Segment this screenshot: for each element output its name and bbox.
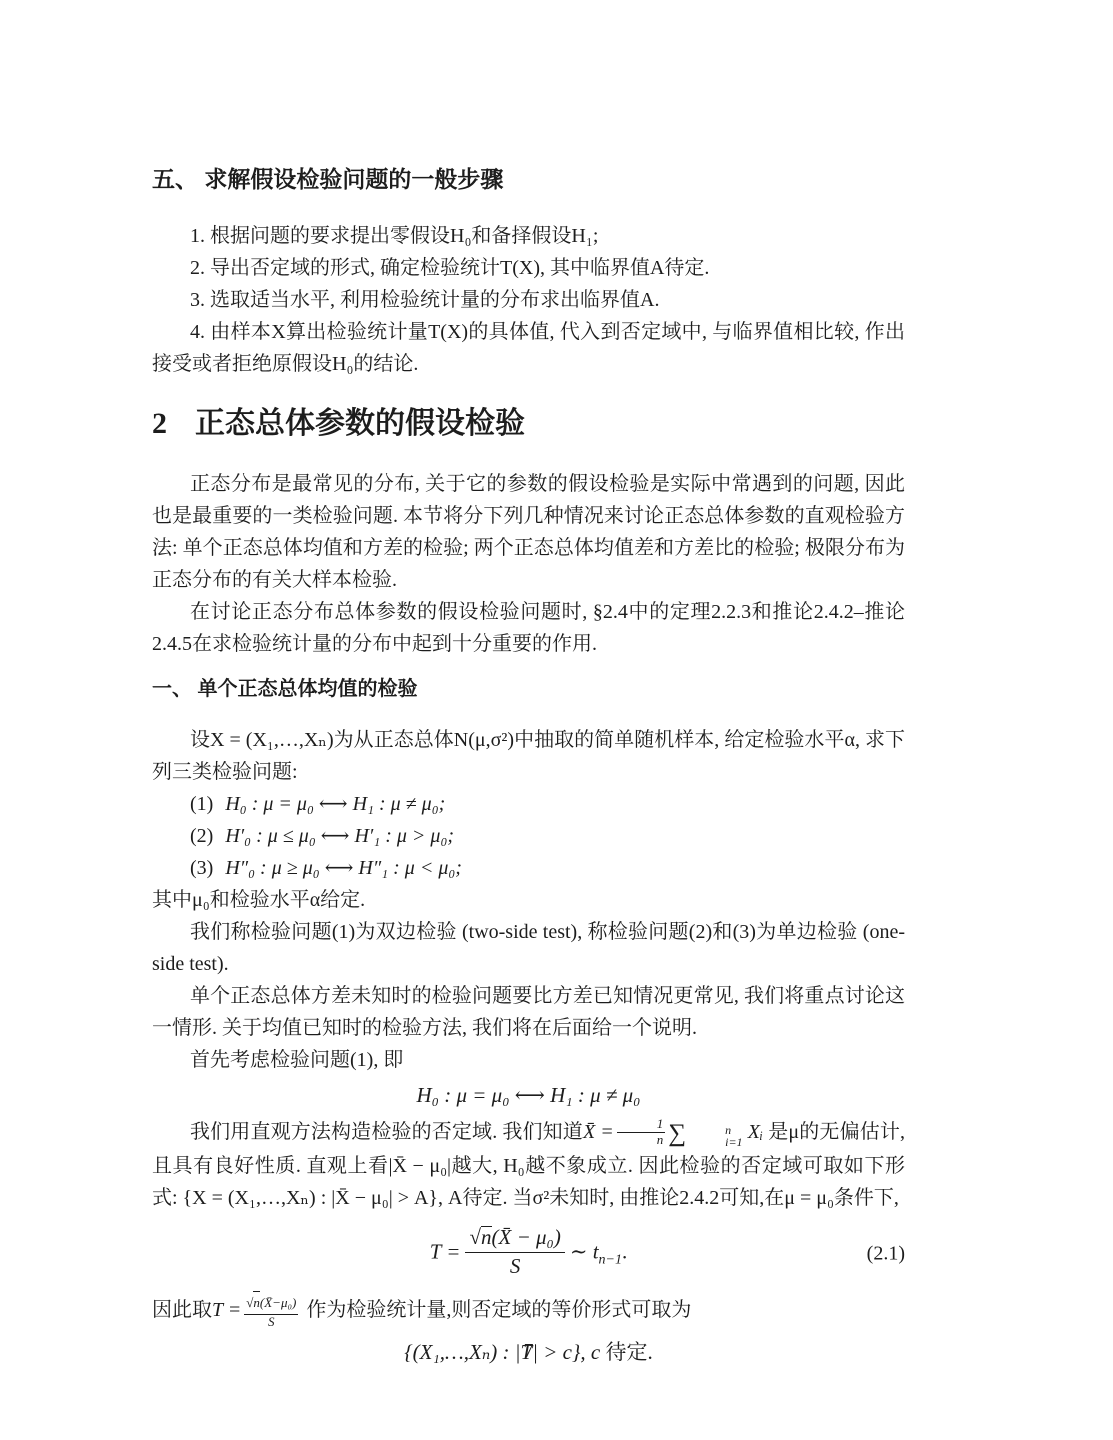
paragraph-two-side: 我们称检验问题(1)为双边检验 (two-side test), 称检验问题(2…	[152, 916, 905, 980]
xi-term: Xᵢ	[748, 1121, 763, 1143]
hypothesis-formula: H₀ : μ = μ₀ ⟷ H₁ : μ ≠ μ₀	[417, 1083, 641, 1107]
t-subscript: n−1	[599, 1253, 622, 1268]
text-column: 五、 求解假设检验问题的一般步骤 1. 根据问题的要求提出零假设H₀和备择假设H…	[152, 0, 905, 1369]
paragraph-consider: 首先考虑检验问题(1), 即	[152, 1044, 905, 1076]
equation-rhs: ∼ t	[570, 1239, 599, 1263]
part5-heading: 五、 求解假设检验问题的一般步骤	[152, 164, 905, 194]
paragraph-normal-intro: 正态分布是最常见的分布, 关于它的参数的假设检验是实际中常遇到的问题, 因此也是…	[152, 468, 905, 596]
inline-frac-numerator: √n(X̄−μ₀)	[244, 1291, 298, 1314]
problem-formula: H′₀ : μ ≤ μ₀ ⟷ H′₁ : μ > μ₀;	[225, 825, 454, 847]
sum-lower-limit: i=1	[687, 1136, 742, 1148]
T-equals: T =	[212, 1299, 241, 1321]
summation-limits: ni=1	[687, 1124, 742, 1148]
fraction-denominator: S	[465, 1252, 564, 1279]
equation-2-1: T =√n(X̄ − μ₀)S∼ tn−1. (2.1)	[152, 1224, 905, 1283]
section-title: 正态总体参数的假设检验	[195, 407, 525, 440]
paragraph-construct-region: 我们用直观方法构造检验的否定域. 我们知道X̄ =1n∑ni=1 Xᵢ 是μ的无…	[152, 1116, 905, 1214]
problem-label: (1)	[190, 793, 213, 815]
problem-formula: H″₀ : μ ≥ μ₀ ⟷ H″₁ : μ < μ₀;	[225, 857, 462, 879]
part5-step-list: 1. 根据问题的要求提出零假设H₀和备择假设H₁; 2. 导出否定域的形式, 确…	[152, 220, 905, 380]
paragraph-setup: 设X = (X₁,…,Xₙ)为从正态总体N(μ,σ²)中抽取的简单随机样本, 给…	[152, 724, 905, 788]
equation-label: (2.1)	[867, 1242, 905, 1265]
equation-period: .	[622, 1239, 627, 1263]
page-number: 7	[152, 1340, 905, 1363]
sqrt-icon: √	[469, 1225, 481, 1249]
problem-label: (3)	[190, 857, 213, 879]
fraction-numerator: √n(X̄ − μ₀)	[465, 1224, 564, 1252]
xbar-equals: X̄ =	[583, 1121, 614, 1143]
section2-heading: 2正态总体参数的假设检验	[152, 404, 905, 444]
problem-formula: H₀ : μ = μ₀ ⟷ H₁ : μ ≠ μ₀;	[225, 793, 445, 815]
text-run: 作为检验统计量,则否定域的等价形式可取为	[306, 1299, 691, 1321]
hypothesis-problem-3: (3)H″₀ : μ ≥ μ₀ ⟷ H″₁ : μ < μ₀;	[152, 852, 905, 884]
step-item-2: 2. 导出否定域的形式, 确定检验统计T(X), 其中临界值A待定.	[152, 252, 905, 284]
subsection1-heading: 一、 单个正态总体均值的检验	[152, 674, 905, 704]
equation-lhs: T =	[430, 1239, 461, 1263]
paragraph-test-statistic: 因此取T =√n(X̄−μ₀)S 作为检验统计量,则否定域的等价形式可取为	[152, 1287, 905, 1333]
display-formula-hypotheses: H₀ : μ = μ₀ ⟷ H₁ : μ ≠ μ₀	[152, 1080, 905, 1110]
step-item-1: 1. 根据问题的要求提出零假设H₀和备择假设H₁;	[152, 220, 905, 252]
paragraph-variance-unknown: 单个正态总体方差未知时的检验问题要比方差已知情况更常见, 我们将重点讨论这一情形…	[152, 980, 905, 1044]
text-run: 因此取	[152, 1299, 212, 1321]
section-number: 2	[152, 404, 167, 444]
hypothesis-problem-1: (1)H₀ : μ = μ₀ ⟷ H₁ : μ ≠ μ₀;	[152, 788, 905, 820]
sqrt-icon: √	[246, 1295, 253, 1310]
document-page: 五、 求解假设检验问题的一般步骤 1. 根据问题的要求提出零假设H₀和备择假设H…	[0, 0, 1113, 1440]
hypothesis-problem-2: (2)H′₀ : μ ≤ μ₀ ⟷ H′₁ : μ > μ₀;	[152, 820, 905, 852]
problem-label: (2)	[190, 825, 213, 847]
inline-fraction-statistic: √n(X̄−μ₀)S	[244, 1291, 298, 1329]
paragraph-note: 其中μ₀和检验水平α给定.	[152, 884, 905, 916]
step-item-4: 4. 由样本X算出检验统计量T(X)的具体值, 代入到否定域中, 与临界值相比较…	[152, 316, 905, 380]
text-run: 我们用直观方法构造检验的否定域. 我们知道	[190, 1121, 583, 1143]
fraction-one-over-n: 1n	[617, 1117, 666, 1147]
step-item-3: 3. 选取适当水平, 利用检验统计量的分布求出临界值A.	[152, 284, 905, 316]
paragraph-theorems: 在讨论正态分布总体参数的假设检验问题时, §2.4中的定理2.2.3和推论2.4…	[152, 596, 905, 660]
inline-frac-denominator: S	[244, 1314, 298, 1329]
equation-fraction: √n(X̄ − μ₀)S	[465, 1224, 564, 1279]
summation-icon: ∑	[668, 1120, 686, 1147]
